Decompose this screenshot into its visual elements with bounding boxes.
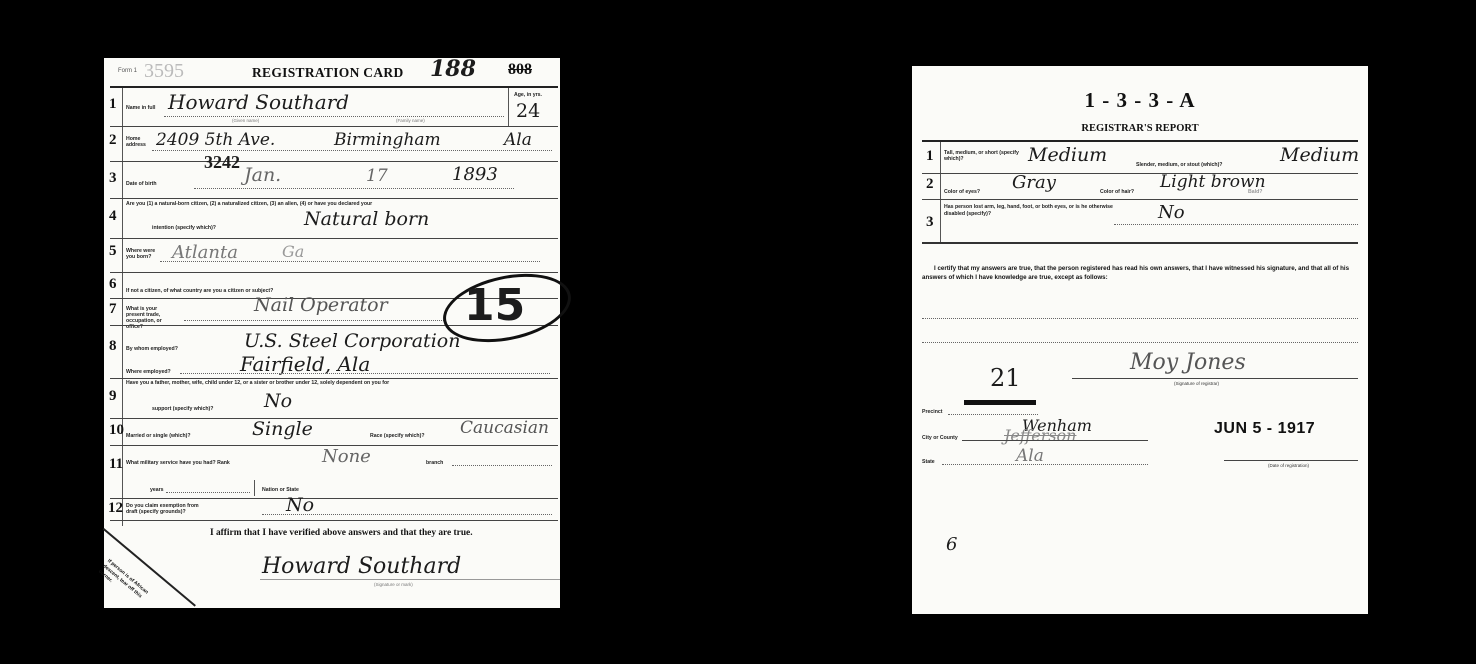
divider — [110, 86, 558, 88]
handwritten-serial: 188 — [430, 56, 476, 82]
field-value-year: 1893 — [452, 164, 498, 185]
exceptions-line — [922, 318, 1358, 319]
state-label: State — [922, 459, 935, 465]
row-number: 6 — [109, 276, 117, 293]
fill-line — [166, 492, 250, 493]
divider — [254, 480, 255, 496]
field-label-foreign-citizen: If not a citizen, of what country are yo… — [126, 288, 273, 294]
field-label-hair: Color of hair? — [1100, 189, 1134, 195]
field-value-military: None — [322, 446, 371, 467]
signature-label: (Signature or mark) — [374, 582, 413, 587]
exceptions-line — [922, 342, 1358, 343]
row-number: 3 — [109, 170, 117, 187]
fill-line — [1114, 224, 1358, 225]
divider — [922, 140, 1358, 142]
field-value-occupation: Nail Operator — [254, 294, 388, 316]
certification-text: I certify that my answers are true, that… — [922, 264, 1358, 282]
field-label-birthplace: Where were you born? — [126, 248, 156, 260]
date-line — [1224, 460, 1358, 461]
age-label: Age, in yrs. — [514, 92, 542, 98]
row-number: 11 — [109, 456, 123, 473]
signature-line — [260, 579, 560, 580]
field-value-race: Caucasian — [460, 418, 549, 438]
applicant-signature: Howard Southard — [262, 554, 461, 579]
field-label-exemption: Do you claim exemption from draft (speci… — [126, 503, 204, 515]
margin-note: 3242 — [204, 152, 240, 173]
divider — [922, 199, 1358, 200]
row-number: 1 — [926, 148, 934, 165]
field-value-disability: No — [1158, 202, 1185, 223]
fill-line — [948, 414, 1038, 415]
row-number: 2 — [926, 176, 934, 193]
row-number: 12 — [108, 500, 123, 517]
fill-line — [164, 116, 504, 117]
printed-serial: 3595 — [144, 60, 184, 83]
registration-date-stamp: JUN 5 - 1917 — [1214, 420, 1315, 438]
fill-line — [180, 373, 550, 374]
row-number: 2 — [109, 132, 117, 149]
precinct-value: 21 — [990, 364, 1021, 392]
field-label-dob: Date of birth — [126, 181, 157, 187]
row-number: 1 — [109, 96, 117, 113]
city-label: City or County — [922, 435, 958, 441]
precinct-label: Precinct — [922, 409, 942, 415]
fill-line — [184, 320, 444, 321]
field-value-marital: Single — [252, 418, 313, 440]
struck-serial: 808 — [508, 61, 532, 79]
divider — [110, 272, 558, 273]
field-value-street: 2409 5th Ave. — [156, 130, 275, 150]
fill-line — [942, 464, 1148, 465]
field-label-disability: Has person lost arm, leg, hand, foot, or… — [944, 204, 1114, 218]
field-label-dependents: Have you a father, mother, wife, child u… — [126, 380, 389, 386]
field-label-height: Tall, medium, or short (specify which)? — [944, 150, 1026, 162]
city-value: Jefferson — [1004, 426, 1076, 445]
field-value-build: Medium — [1280, 144, 1359, 166]
field-label-dependents-2: support (specify which)? — [152, 406, 213, 412]
field-label-branch: branch — [426, 460, 443, 466]
registrar-report-card: 1 - 3 - 3 - A REGISTRAR'S REPORT 1 Tall,… — [912, 66, 1368, 614]
divider — [922, 242, 1358, 244]
form-label: Form 1 — [118, 68, 137, 74]
field-label-address: Home address — [126, 136, 150, 148]
age-column-line — [508, 88, 509, 126]
field-value-eyes: Gray — [1012, 172, 1056, 193]
field-label-employer: By whom employed? — [126, 346, 178, 352]
registrar-signature-label: (Signature of registrar) — [1174, 381, 1219, 386]
registration-card: Form 1 3595 REGISTRATION CARD 188 808 1 … — [104, 58, 560, 608]
row-number: 5 — [109, 243, 117, 260]
divider — [110, 126, 558, 127]
margin-note: 6 — [946, 534, 957, 555]
field-label-eyes: Color of eyes? — [944, 189, 980, 195]
field-value-state: Ala — [504, 130, 532, 150]
divider — [922, 173, 1358, 174]
row-number: 3 — [926, 214, 934, 231]
field-value-citizenship: Natural born — [304, 208, 429, 230]
report-code: 1 - 3 - 3 - A — [912, 88, 1368, 113]
divider — [110, 198, 558, 199]
field-value-state-born: Ga — [282, 242, 304, 261]
registrar-signature: Moy Jones — [1130, 350, 1246, 375]
divider — [110, 520, 558, 521]
row-number: 4 — [109, 208, 117, 225]
field-value-height: Medium — [1028, 144, 1107, 166]
field-label-name: Name in full — [126, 105, 155, 111]
field-label-years: years — [150, 487, 164, 493]
state-value: Ala — [1016, 446, 1044, 466]
sublabel: (Given name) — [232, 118, 259, 123]
field-label-build: Slender, medium, or stout (which)? — [1136, 162, 1222, 168]
report-title: REGISTRAR'S REPORT — [912, 123, 1368, 134]
divider — [110, 378, 558, 379]
fill-line — [152, 150, 552, 151]
date-label: (Date of registration) — [1268, 463, 1309, 468]
field-label-occupation: What is your present trade, occupation, … — [126, 306, 176, 330]
field-value-name: Howard Southard — [168, 90, 349, 114]
field-label-marital: Married or single (which)? — [126, 433, 191, 439]
signature-line — [1072, 378, 1358, 379]
fill-line — [962, 440, 1148, 441]
row-number: 9 — [109, 388, 117, 405]
field-label-bald: Bald? — [1248, 189, 1262, 195]
field-value-dependents: No — [264, 390, 292, 412]
divider — [110, 161, 558, 162]
divider — [110, 498, 558, 499]
fill-line — [262, 514, 552, 515]
fill-line — [194, 188, 514, 189]
field-label-race: Race (specify which)? — [370, 433, 424, 439]
fill-line — [160, 261, 540, 262]
field-value-town: Atlanta — [172, 242, 238, 263]
age-value: 24 — [516, 100, 540, 122]
field-label-military: What military service have you had? Rank — [126, 460, 230, 466]
divider — [110, 238, 558, 239]
field-label-citizenship-2: intention (specify which)? — [152, 225, 216, 231]
field-label-citizenship: Are you (1) a natural-born citizen, (2) … — [126, 201, 372, 207]
struck-precinct — [964, 400, 1036, 405]
sublabel: (Family name) — [396, 118, 425, 123]
stamp-number: 15 — [464, 280, 525, 331]
affirmation-text: I affirm that I have verified above answ… — [210, 528, 473, 538]
fill-line — [452, 465, 552, 466]
field-value-employer: U.S. Steel Corporation — [244, 330, 460, 352]
row-number: 7 — [109, 301, 117, 318]
card-title: REGISTRATION CARD — [252, 65, 404, 81]
field-value-city: Birmingham — [334, 130, 441, 150]
field-value-month: Jan. — [244, 164, 281, 186]
field-value-exemption: No — [286, 494, 314, 516]
number-column-line — [940, 142, 941, 242]
field-label-employment-place: Where employed? — [126, 369, 171, 375]
row-number: 8 — [109, 338, 117, 355]
row-number: 10 — [109, 422, 124, 439]
field-label-nation: Nation or State — [262, 487, 299, 493]
field-value-day: 17 — [366, 166, 388, 186]
